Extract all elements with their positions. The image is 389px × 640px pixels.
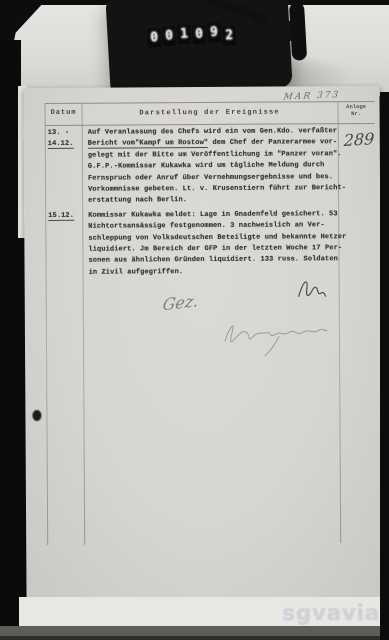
entry-text-segment: liquidiert. Jm Bereich der GFP in der le…: [88, 244, 342, 254]
photo-bottom-edge: [0, 626, 389, 640]
counter-digit: 1: [177, 24, 191, 44]
entry-text-segment: erstattung nach Berlin.: [88, 197, 187, 206]
counter-digit: 0: [147, 28, 161, 48]
counter-digit: 9: [207, 23, 221, 43]
entry-text-segment: Kommissar Kukawka meldet: Lage in Gnaden…: [88, 210, 337, 220]
counter-knob: [289, 2, 307, 61]
mechanical-frame-counter: 001092: [105, 0, 292, 97]
column-header-events: Darstellung der Ereignisse: [82, 108, 338, 118]
entry-text-column: Auf Veranlassung des Chefs wird ein vom …: [88, 126, 342, 207]
entry-text-segment: Fernspruch oder Anruf über Vernehmungser…: [88, 173, 333, 182]
entry-text-underlined: Bericht vom"Kampf um Rostow": [88, 139, 208, 149]
initials-scribble: [295, 278, 329, 300]
entry-text-segment: in Zivil aufgegriffen.: [89, 268, 184, 277]
entry-row: 13. -14.12.Auf Veranlassung des Chefs wi…: [46, 126, 372, 208]
column-header-datum: Datum: [46, 109, 82, 117]
entries: 13. -14.12.Auf Veranlassung des Chefs wi…: [46, 126, 373, 279]
entry-date: 13. -: [48, 128, 82, 140]
entry-text-segment: G.F.P.-Kommissar Kukawka wird um täglich…: [88, 161, 325, 170]
entry-date-text: 13. -: [48, 129, 70, 137]
entry-text-segment: sonen aus ähnlichen Gründen liquidiert. …: [88, 256, 337, 266]
entry-text-segment: Auf Veranlassung des Chefs wird ein vom …: [88, 127, 337, 137]
photo-right-edge: [380, 92, 389, 640]
entry-date: 14.12.: [48, 139, 82, 151]
entry-text-segment: gelegt mit der Bitte um Veröffentlichung…: [88, 150, 342, 160]
document-page: Datum Darstellung der Ereignisse Anlage …: [23, 86, 382, 601]
archival-photo: 001092 Datum Darstellung der Ereignisse …: [0, 0, 389, 640]
entry-text-segment: schleppung von Volksdeutschen Beteiligte…: [88, 233, 346, 243]
signature-scribble: [219, 310, 331, 357]
punch-hole: [32, 410, 41, 421]
entry-text-column: Kommissar Kukawka meldet: Lage in Gnaden…: [88, 209, 342, 279]
counter-digits: 001092: [147, 22, 236, 46]
entry-text-segment: Nichtortsansässige festgenommen. 3 nachw…: [88, 222, 325, 231]
counter-digit: 0: [192, 25, 206, 45]
counter-digit: 0: [162, 26, 176, 46]
entry-row: 15.12.Kommissar Kukawka meldet: Lage in …: [46, 209, 372, 279]
handwritten-gez: Gez.: [162, 291, 200, 314]
entry-date-text: 14.12.: [48, 140, 74, 149]
entry-text-line: Vorkommnisse gebeten. Lt. v. Krusenstier…: [88, 183, 342, 196]
entry-text-segment: dem Chef der Panzerarmee vor-: [208, 139, 337, 148]
counter-digit: 2: [222, 26, 236, 46]
entry-text-line: sonen aus ähnlichen Gründen liquidiert. …: [88, 255, 342, 268]
column-header-annex-line2: Nr.: [338, 110, 375, 117]
entry-date-column: 13. -14.12.: [46, 128, 82, 208]
table-top-rule: [45, 101, 375, 104]
column-header-annex: Anlage Nr.: [338, 103, 375, 117]
entry-date-column: 15.12.: [46, 211, 82, 280]
entry-text-line: erstattung nach Berlin.: [88, 195, 342, 208]
entry-text-line: in Zivil aufgegriffen.: [89, 266, 343, 279]
entry-date-text: 15.12.: [48, 212, 74, 221]
watermark-text: sgvavia: [283, 601, 380, 625]
entry-date: 15.12.: [48, 211, 82, 223]
entry-text-segment: Vorkommnisse gebeten. Lt. v. Krusenstier…: [88, 184, 346, 194]
